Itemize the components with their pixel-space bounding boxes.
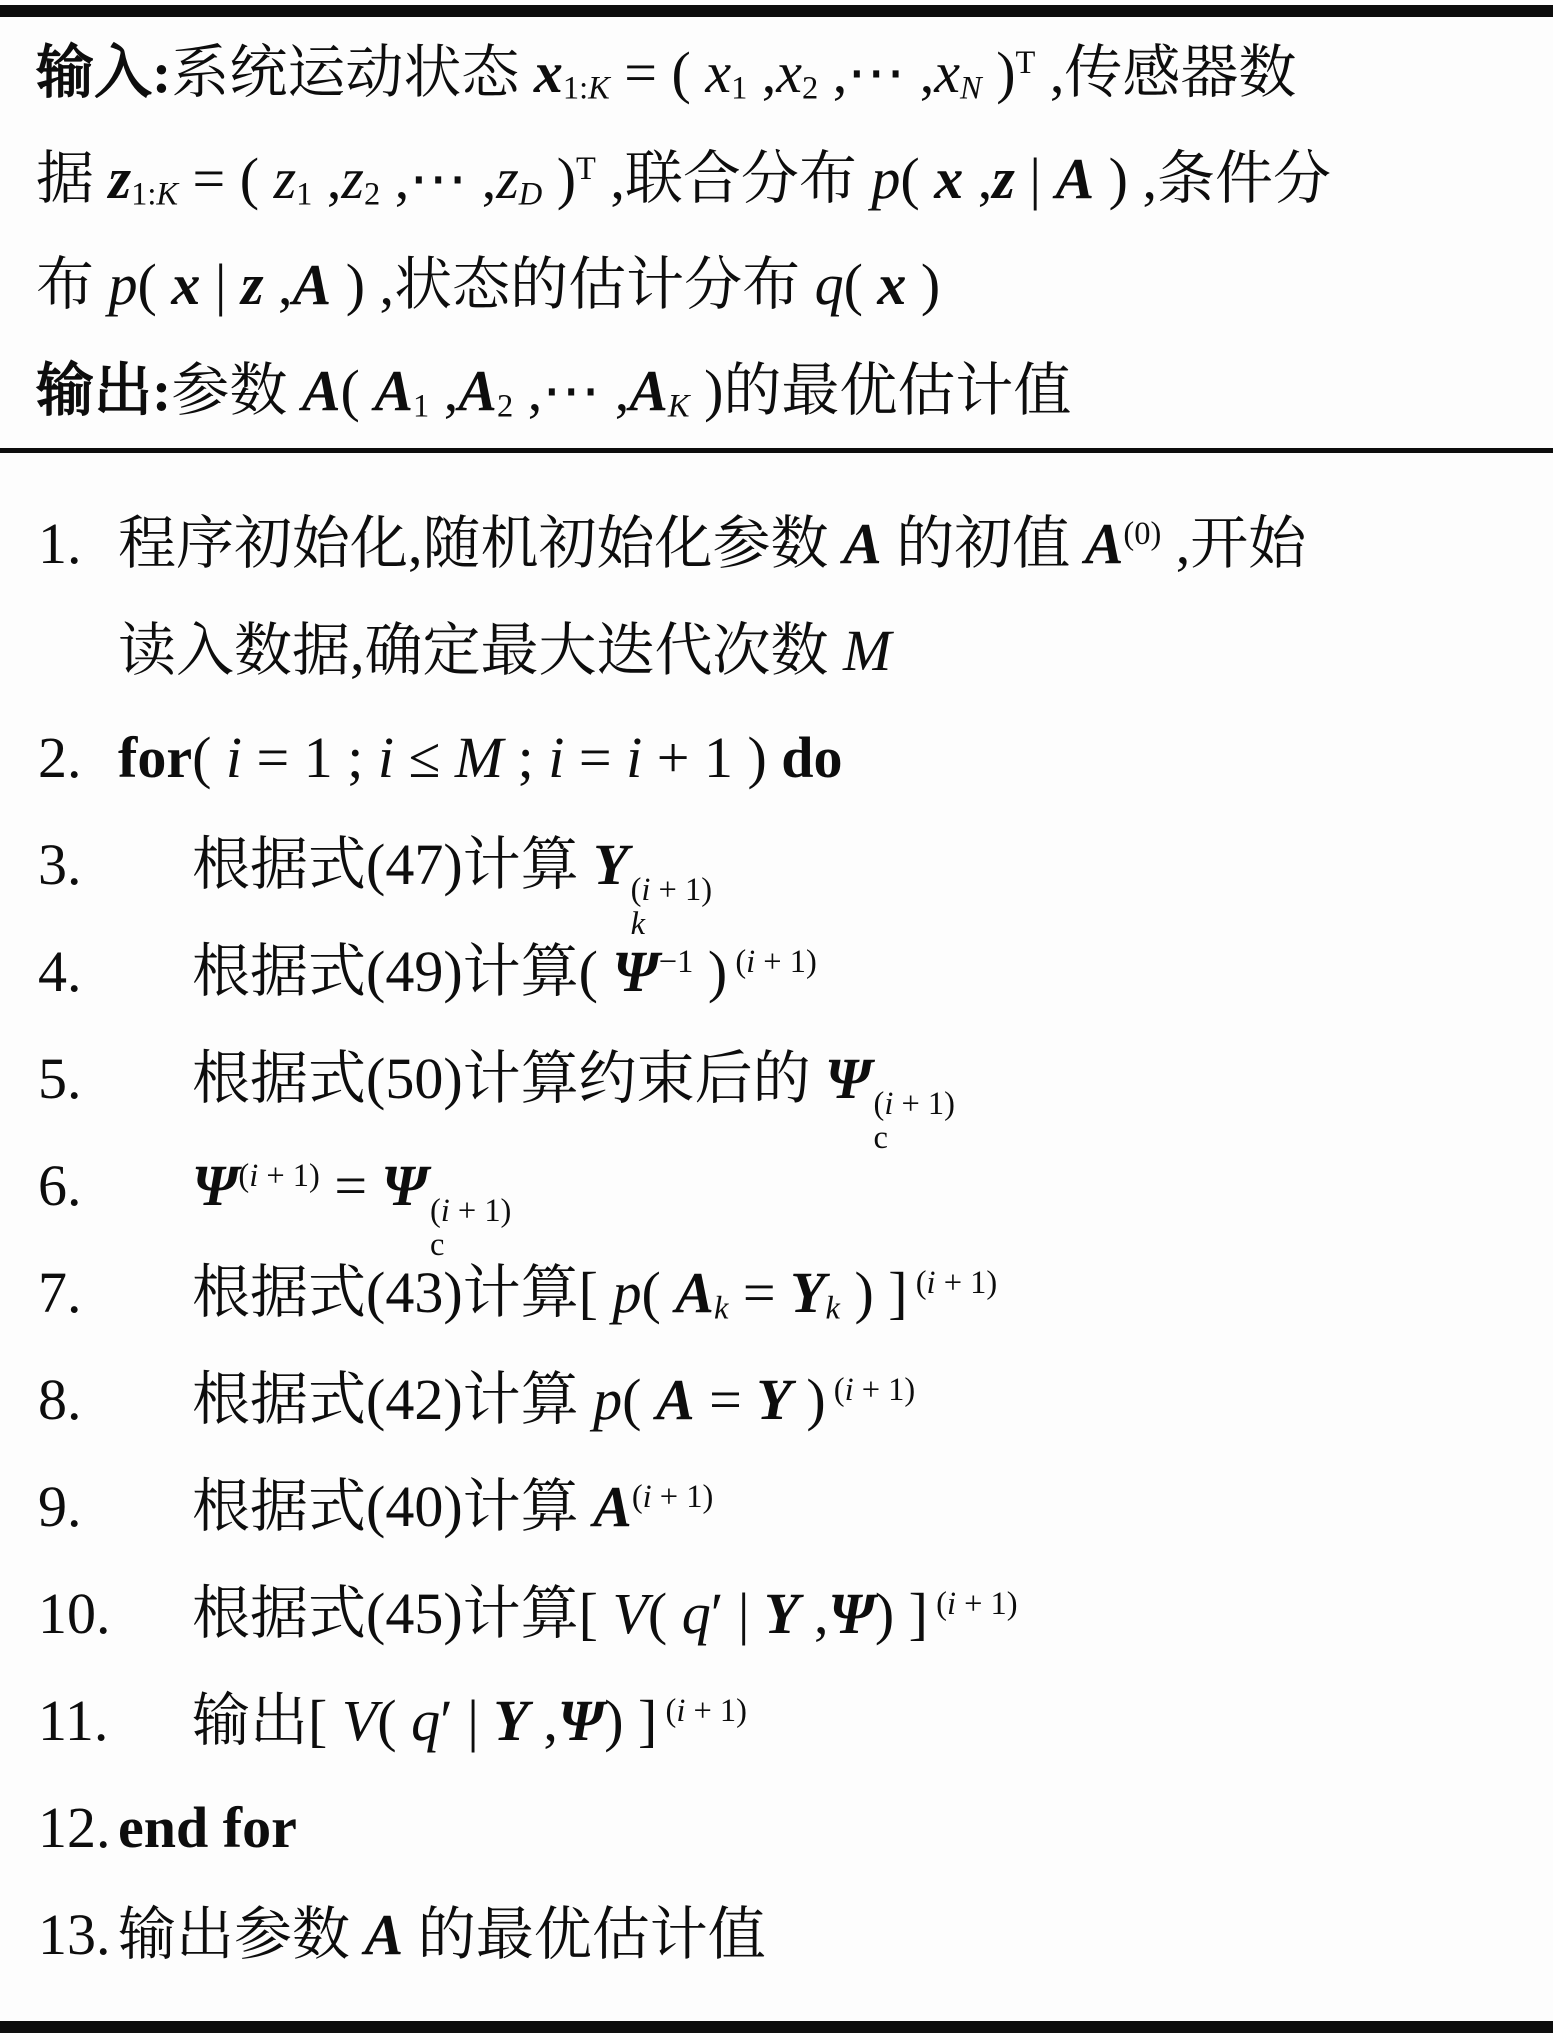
text-segment: i: [643, 1479, 652, 1515]
step-content: 根据式(50)计算约束后的 Ψ(i + 1)c: [0, 1025, 1553, 1132]
top-rule: [0, 5, 1553, 17]
text-segment: ,: [747, 40, 776, 105]
text-segment: A: [302, 358, 341, 423]
text-segment: i: [746, 944, 755, 980]
text-segment: 开始: [1190, 511, 1306, 576]
text-segment: 程序初始化,随机初始化参数: [118, 511, 843, 576]
algorithm-io-header: 输入:系统运动状态 x1:K = ( x1 ,x2 ,⋯ ,xN )T ,传感器…: [36, 20, 1537, 444]
step-number: 5.: [38, 1025, 82, 1132]
algorithm-step: 6.Ψ(i + 1) = Ψ(i + 1)c: [0, 1132, 1553, 1239]
text-segment: + 1): [936, 1265, 998, 1301]
text-segment: 的最优估计值: [723, 358, 1071, 423]
subscript: N: [960, 70, 982, 106]
text-segment: = (: [610, 40, 706, 105]
step-content: 根据式(43)计算[ p( Ak = Yk ) ] (i + 1): [0, 1239, 1553, 1346]
superscript: (i + 1): [632, 1479, 713, 1515]
subscript: 1:K: [131, 176, 178, 212]
text-segment: 2: [497, 388, 513, 424]
text-segment: q: [682, 1581, 711, 1646]
text-segment: K: [588, 70, 610, 106]
text-segment: (: [341, 358, 375, 423]
subscript: k: [826, 1290, 840, 1326]
formula-line: 输出参数 A 的最优估计值: [118, 1881, 1553, 1988]
text-segment: x: [534, 40, 563, 105]
text-segment: ,: [1161, 511, 1190, 576]
superscript: (i + 1): [238, 1158, 319, 1194]
text-segment: 1: [296, 176, 312, 212]
text-segment: 传感器数: [1064, 40, 1296, 105]
text-segment: D: [519, 176, 542, 212]
text-segment: Y: [764, 1581, 799, 1646]
step-content: 程序初始化,随机初始化参数 A 的初值 A(0) ,开始读入数据,确定最大迭代次…: [0, 490, 1553, 704]
text-segment: A: [675, 1260, 714, 1325]
text-segment: x: [705, 40, 731, 105]
text-segment: ,: [799, 1581, 828, 1646]
text-segment: 1: [413, 388, 429, 424]
text-segment: + 1): [450, 1193, 512, 1229]
formula-line: 根据式(50)计算约束后的 Ψ(i + 1)c: [192, 1025, 1553, 1132]
text-segment: 输入:: [36, 40, 171, 105]
text-segment: ,: [1035, 40, 1064, 105]
text-segment: x: [934, 40, 960, 105]
step-content: 根据式(45)计算[ V( q′ | Y ,Ψ) ] (i + 1): [0, 1560, 1553, 1667]
text-segment: x: [776, 40, 802, 105]
text-segment: x: [934, 146, 963, 211]
text-segment: −1: [659, 944, 694, 980]
text-segment: k: [826, 1290, 840, 1326]
text-segment: A: [1085, 511, 1124, 576]
text-segment: (: [192, 725, 226, 790]
bottom-rule: [0, 2021, 1553, 2033]
text-segment: ′ |: [711, 1581, 764, 1646]
text-segment: z: [274, 146, 297, 211]
text-segment: ) ,: [331, 252, 394, 317]
text-segment: p: [593, 1367, 622, 1432]
step-number: 3.: [38, 811, 82, 918]
step-number: 13.: [38, 1881, 111, 1988]
subscript: 2: [802, 70, 818, 106]
text-segment: 2: [802, 70, 818, 106]
text-segment: T: [576, 151, 596, 187]
text-segment: =: [695, 1367, 757, 1432]
text-segment: =: [564, 725, 626, 790]
algorithm-step: 10.根据式(45)计算[ V( q′ | Y ,Ψ) ] (i + 1): [0, 1560, 1553, 1667]
text-segment: ) ]: [840, 1260, 908, 1325]
superscript: (i + 1): [657, 1693, 747, 1729]
text-segment: (: [657, 1693, 676, 1729]
text-segment: z: [496, 146, 519, 211]
text-segment: end for: [118, 1795, 297, 1860]
text-segment: (: [622, 1367, 656, 1432]
text-segment: ;: [503, 725, 548, 790]
text-segment: Y: [756, 1367, 791, 1432]
algorithm-step: 12.end for: [0, 1774, 1553, 1881]
text-segment: 根据式(42)计算: [192, 1367, 593, 1432]
text-segment: 1: [731, 70, 747, 106]
text-segment: 根据式(43)计算[: [192, 1260, 612, 1325]
text-segment: ): [542, 146, 576, 211]
step-content: 根据式(42)计算 p( A = Y ) (i + 1): [0, 1346, 1553, 1453]
subscript: D: [519, 176, 542, 212]
algorithm-pseudocode-box: 输入:系统运动状态 x1:K = ( x1 ,x2 ,⋯ ,xN )T ,传感器…: [0, 0, 1553, 2040]
text-segment: ,⋯ ,: [818, 40, 934, 105]
formula-line: 输出[ V( q′ | Y ,Ψ) ] (i + 1): [192, 1667, 1553, 1774]
text-segment: ): [690, 358, 724, 423]
subscript: K: [668, 388, 690, 424]
algorithm-steps: 1.程序初始化,随机初始化参数 A 的初值 A(0) ,开始读入数据,确定最大迭…: [0, 490, 1553, 1988]
algorithm-step: 9.根据式(40)计算 A(i + 1): [0, 1453, 1553, 1560]
text-segment: ≤: [394, 725, 455, 790]
algorithm-step: 3.根据式(47)计算 Y(i + 1)k: [0, 811, 1553, 918]
text-segment: 根据式(50)计算约束后的: [192, 1046, 825, 1111]
text-segment: z: [109, 146, 132, 211]
step-content: 根据式(47)计算 Y(i + 1)k: [0, 811, 1553, 918]
algorithm-step: 13.输出参数 A 的最优估计值: [0, 1881, 1553, 1988]
text-segment: (: [928, 1586, 947, 1622]
text-segment: A: [843, 511, 882, 576]
text-segment: i: [249, 1158, 258, 1194]
superscript: (i + 1): [631, 873, 712, 907]
io-line: 输出:参数 A( A1 ,A2 ,⋯ ,AK )的最优估计值: [36, 338, 1537, 444]
superscript: (i + 1): [928, 1586, 1018, 1622]
io-line: 布 p( x | z ,A ) ,状态的估计分布 q( x ): [36, 232, 1537, 338]
text-segment: A: [293, 252, 332, 317]
subscript: k: [714, 1290, 728, 1326]
io-line: 据 z1:K = ( z1 ,z2 ,⋯ ,zD )T ,联合分布 p( x ,…: [36, 126, 1537, 232]
io-line: 输入:系统运动状态 x1:K = ( x1 ,x2 ,⋯ ,xN )T ,传感器…: [36, 20, 1537, 126]
text-segment: ,: [264, 252, 293, 317]
text-segment: (: [844, 252, 878, 317]
text-segment: A: [458, 358, 497, 423]
formula-line: 根据式(47)计算 Y(i + 1)k: [192, 811, 1553, 918]
formula-line: 根据式(49)计算( Ψ−1 ) (i + 1): [192, 918, 1553, 1025]
text-segment: (0): [1123, 516, 1161, 552]
step-content: 输出[ V( q′ | Y ,Ψ) ] (i + 1): [0, 1667, 1553, 1774]
text-segment: V: [612, 1581, 647, 1646]
text-segment: 根据式(45)计算[: [192, 1581, 612, 1646]
formula-line: 程序初始化,随机初始化参数 A 的初值 A(0) ,开始: [118, 490, 1553, 597]
text-segment: Ψ: [825, 1046, 871, 1111]
subscript: 1: [731, 70, 747, 106]
subscript: 1:K: [563, 70, 610, 106]
text-segment: |: [200, 252, 241, 317]
subscript: 1: [296, 176, 312, 212]
subscript: 1: [413, 388, 429, 424]
text-segment: ,: [596, 146, 625, 211]
text-segment: + 1): [755, 944, 817, 980]
text-segment: ,: [529, 1688, 558, 1753]
text-segment: + 1): [650, 872, 712, 908]
text-segment: 2: [364, 176, 380, 212]
text-segment: i: [845, 1372, 854, 1408]
text-segment: A: [374, 358, 413, 423]
superscript: −1: [659, 944, 694, 980]
subscript: 2: [497, 388, 513, 424]
text-segment: 输出:: [36, 358, 171, 423]
text-segment: Ψ: [612, 939, 658, 1004]
text-segment: 输出参数: [118, 1902, 365, 1967]
text-segment: ,: [429, 358, 458, 423]
text-segment: (: [631, 872, 642, 908]
text-segment: Ψ: [828, 1581, 874, 1646]
text-segment: K: [156, 176, 178, 212]
text-segment: A: [593, 1474, 632, 1539]
text-segment: + 1): [956, 1586, 1018, 1622]
text-segment: i: [226, 725, 242, 790]
algorithm-step: 8.根据式(42)计算 p( A = Y ) (i + 1): [0, 1346, 1553, 1453]
step-content: 根据式(49)计算( Ψ−1 ) (i + 1): [0, 918, 1553, 1025]
text-segment: p: [109, 252, 138, 317]
formula-line: 根据式(42)计算 p( A = Y ) (i + 1): [192, 1346, 1553, 1453]
algorithm-step: 2.for( i = 1 ; i ≤ M ; i = i + 1 ) do: [0, 704, 1553, 811]
text-segment: ): [792, 1367, 826, 1432]
text-segment: + 1): [685, 1693, 747, 1729]
text-segment: z: [241, 252, 264, 317]
text-segment: i: [378, 725, 394, 790]
text-segment: M: [455, 725, 503, 790]
algorithm-step: 7.根据式(43)计算[ p( Ak = Yk ) ] (i + 1): [0, 1239, 1553, 1346]
text-segment: (: [648, 1581, 682, 1646]
text-segment: (: [727, 944, 746, 980]
text-segment: A: [365, 1902, 404, 1967]
step-number: 7.: [38, 1239, 82, 1346]
step-number: 12.: [38, 1774, 111, 1881]
text-segment: Y: [593, 832, 628, 897]
text-segment: 状态的估计分布: [394, 252, 815, 317]
formula-line: 根据式(43)计算[ p( Ak = Yk ) ] (i + 1): [192, 1239, 1553, 1346]
superscript: (i + 1): [874, 1087, 955, 1121]
text-segment: Ψ: [192, 1153, 238, 1218]
text-segment: 条件分: [1157, 146, 1331, 211]
step-number: 4.: [38, 918, 82, 1025]
text-segment: T: [1016, 45, 1036, 81]
text-segment: + 1): [893, 1086, 955, 1122]
text-segment: x: [171, 252, 200, 317]
superscript: (i + 1): [826, 1372, 916, 1408]
text-segment: ,⋯ ,: [513, 358, 629, 423]
formula-line: 读入数据,确定最大迭代次数 M: [118, 597, 1553, 704]
text-segment: q: [815, 252, 844, 317]
formula-line: Ψ(i + 1) = Ψ(i + 1)c: [192, 1132, 1553, 1239]
text-segment: 参数: [171, 358, 302, 423]
text-segment: q: [411, 1688, 440, 1753]
text-segment: 1:: [131, 176, 156, 212]
algorithm-step: 4.根据式(49)计算( Ψ−1 ) (i + 1): [0, 918, 1553, 1025]
text-segment: + 1): [652, 1479, 714, 1515]
superscript: (i + 1): [727, 944, 817, 980]
text-segment: Ψ: [558, 1688, 604, 1753]
text-segment: 布: [36, 252, 109, 317]
step-number: 8.: [38, 1346, 82, 1453]
text-segment: i: [927, 1265, 936, 1301]
step-number: 9.: [38, 1453, 82, 1560]
step-number: 6.: [38, 1132, 82, 1239]
text-segment: 根据式(40)计算: [192, 1474, 593, 1539]
text-segment: i: [676, 1693, 685, 1729]
text-segment: A: [656, 1367, 695, 1432]
text-segment: for: [118, 725, 192, 790]
text-segment: Y: [493, 1688, 528, 1753]
formula-line: end for: [118, 1774, 1553, 1881]
step-number: 1.: [38, 490, 82, 597]
text-segment: 联合分布: [625, 146, 872, 211]
text-segment: z: [992, 146, 1015, 211]
text-segment: (: [900, 146, 934, 211]
text-segment: i: [626, 725, 642, 790]
text-segment: (: [826, 1372, 845, 1408]
text-segment: ,: [963, 146, 992, 211]
step-content: Ψ(i + 1) = Ψ(i + 1)c: [0, 1132, 1553, 1239]
formula-line: for( i = 1 ; i ≤ M ; i = i + 1 ) do: [118, 704, 1553, 811]
text-segment: 读入数据,确定最大迭代次数: [118, 618, 843, 683]
text-segment: + 1): [258, 1158, 320, 1194]
text-segment: 根据式(47)计算: [192, 832, 593, 897]
header-separator-rule: [0, 448, 1553, 453]
text-segment: 据: [36, 146, 109, 211]
text-segment: (: [874, 1086, 885, 1122]
subscript: 2: [364, 176, 380, 212]
text-segment: M: [843, 618, 891, 683]
text-segment: (: [430, 1193, 441, 1229]
text-segment: + 1): [854, 1372, 916, 1408]
text-segment: K: [668, 388, 690, 424]
superscript: (i + 1): [430, 1194, 511, 1228]
text-segment: 1:: [563, 70, 588, 106]
step-content: end for: [0, 1774, 1553, 1881]
text-segment: A: [1055, 146, 1094, 211]
text-segment: (: [377, 1688, 411, 1753]
formula-line: 根据式(40)计算 A(i + 1): [192, 1453, 1553, 1560]
text-segment: 的最优估计值: [403, 1902, 766, 1967]
step-content: for( i = 1 ; i ≤ M ; i = i + 1 ) do: [0, 704, 1553, 811]
text-segment: i: [947, 1586, 956, 1622]
text-segment: Y: [790, 1260, 825, 1325]
algorithm-step: 5.根据式(50)计算约束后的 Ψ(i + 1)c: [0, 1025, 1553, 1132]
text-segment: 根据式(49)计算(: [192, 939, 612, 1004]
text-segment: 系统运动状态: [171, 40, 534, 105]
superscript: (i + 1): [908, 1265, 998, 1301]
superscript: T: [1016, 45, 1036, 81]
step-number: 10.: [38, 1560, 111, 1667]
text-segment: V: [342, 1688, 377, 1753]
superscript: T: [576, 151, 596, 187]
text-segment: ): [693, 939, 727, 1004]
text-segment: (: [238, 1158, 249, 1194]
step-content: 根据式(40)计算 A(i + 1): [0, 1453, 1553, 1560]
text-segment: ) ]: [875, 1581, 928, 1646]
text-segment: ) ]: [604, 1688, 657, 1753]
text-segment: (: [632, 1479, 643, 1515]
text-segment: N: [960, 70, 982, 106]
text-segment: ,: [312, 146, 341, 211]
step-number: 2.: [38, 704, 82, 811]
text-segment: 输出[: [192, 1688, 342, 1753]
text-segment: p: [612, 1260, 641, 1325]
step-number: 11.: [38, 1667, 108, 1774]
superscript: (0): [1123, 516, 1161, 552]
step-content: 输出参数 A 的最优估计值: [0, 1881, 1553, 1988]
text-segment: =: [320, 1153, 382, 1218]
text-segment: ): [906, 252, 940, 317]
text-segment: ′ |: [440, 1688, 493, 1753]
text-segment: |: [1015, 146, 1056, 211]
text-segment: A: [629, 358, 668, 423]
text-segment: x: [877, 252, 906, 317]
text-segment: p: [871, 146, 900, 211]
text-segment: do: [781, 725, 842, 790]
formula-line: 根据式(45)计算[ V( q′ | Y ,Ψ) ] (i + 1): [192, 1560, 1553, 1667]
algorithm-step: 1.程序初始化,随机初始化参数 A 的初值 A(0) ,开始读入数据,确定最大迭…: [0, 490, 1553, 704]
text-segment: ) ,: [1094, 146, 1157, 211]
text-segment: k: [714, 1290, 728, 1326]
text-segment: ): [982, 40, 1016, 105]
text-segment: + 1 ): [642, 725, 781, 790]
text-segment: i: [548, 725, 564, 790]
text-segment: = (: [178, 146, 274, 211]
text-segment: (: [641, 1260, 675, 1325]
text-segment: 的初值: [882, 511, 1085, 576]
text-segment: = 1 ;: [242, 725, 378, 790]
text-segment: Ψ: [382, 1153, 428, 1218]
text-segment: ,⋯ ,: [380, 146, 496, 211]
text-segment: z: [341, 146, 364, 211]
algorithm-step: 11.输出[ V( q′ | Y ,Ψ) ] (i + 1): [0, 1667, 1553, 1774]
text-segment: (: [908, 1265, 927, 1301]
text-segment: i: [441, 1193, 450, 1229]
text-segment: (: [138, 252, 172, 317]
text-segment: =: [728, 1260, 790, 1325]
